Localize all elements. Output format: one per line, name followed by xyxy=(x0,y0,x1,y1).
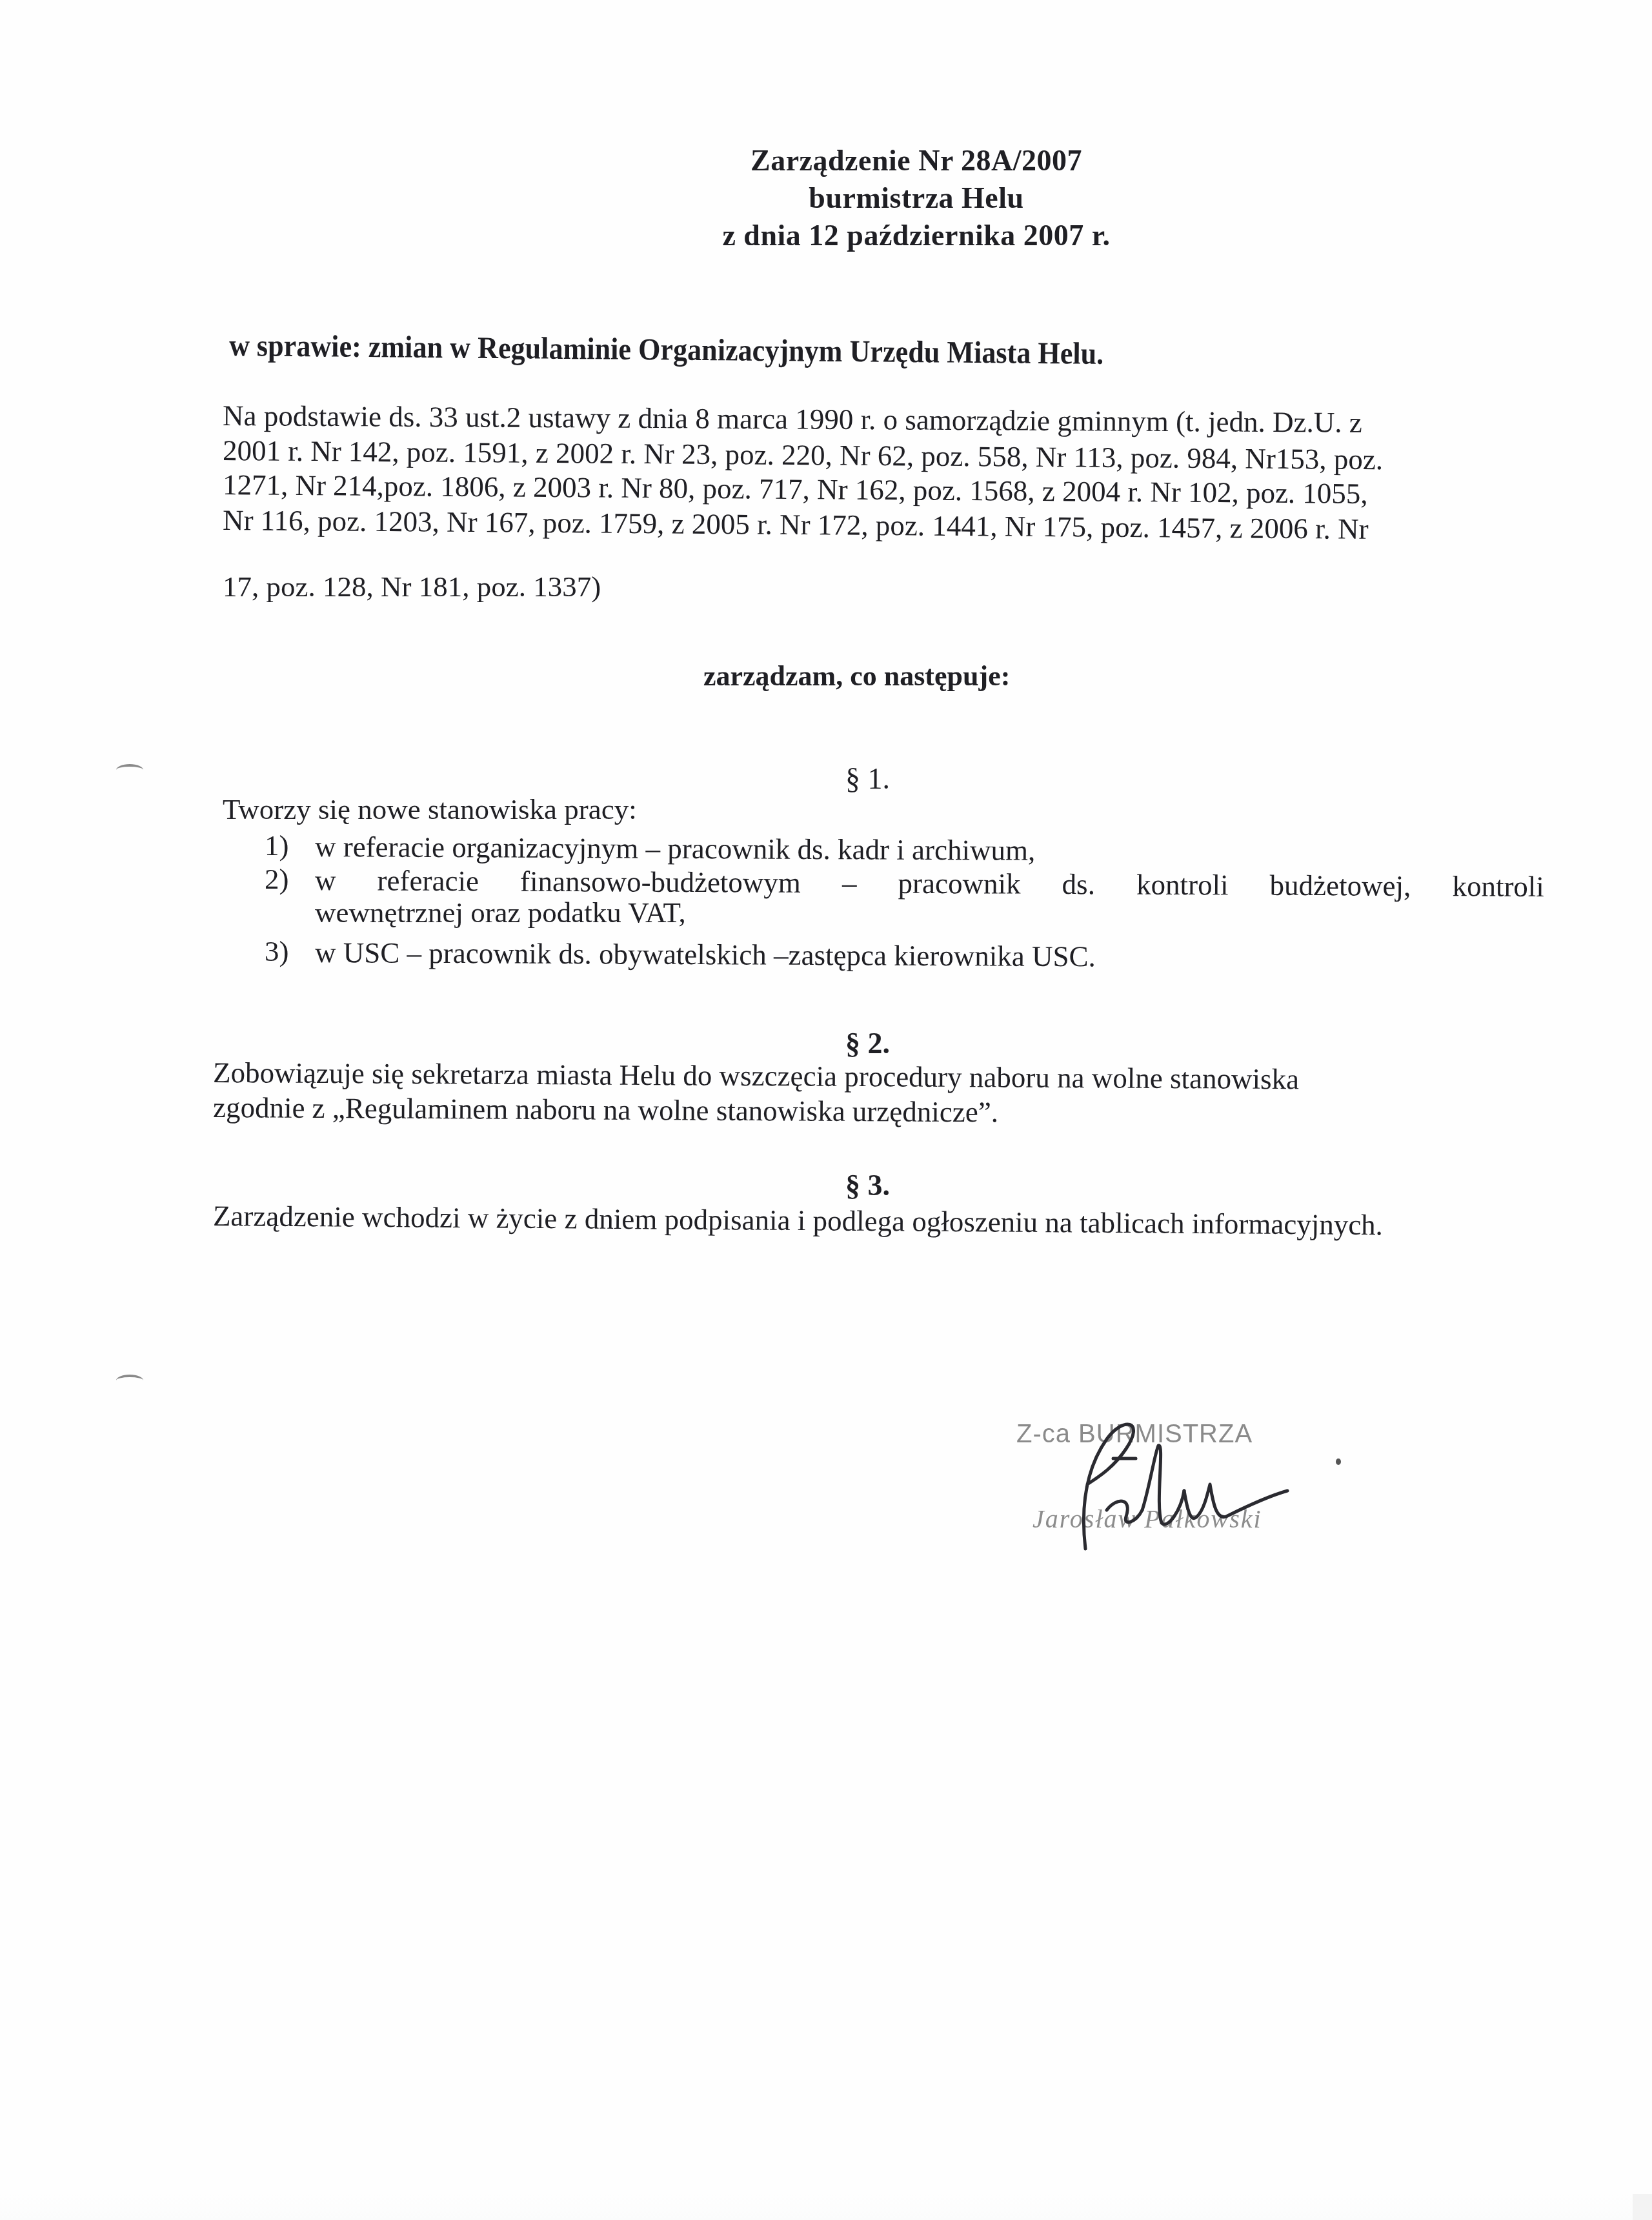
section-text: zgodnie z „Regulaminem naboru na wolne s… xyxy=(213,1091,998,1129)
document-date: z dnia 12 października 2007 r. xyxy=(0,218,1652,252)
section-text: Zarządzenie wchodzi w życie z dniem podp… xyxy=(213,1199,1383,1242)
word: kontroli xyxy=(1136,868,1229,902)
word: pracownik xyxy=(898,867,1021,901)
margin-mark xyxy=(116,764,143,776)
section-mark: § 2. xyxy=(845,1026,890,1060)
word: referacie xyxy=(377,864,479,898)
legal-basis-line: Nr 116, poz. 1203, Nr 167, poz. 1759, z … xyxy=(223,503,1369,546)
scan-edge-corner xyxy=(1633,2194,1652,2220)
decree-intro: zarządzam, co następuje: xyxy=(703,660,1010,692)
handwritten-signature-icon xyxy=(1071,1413,1316,1555)
document-subject: w sprawie: zmian w Regulaminie Organizac… xyxy=(229,328,1104,372)
list-item-number: 3) xyxy=(265,934,289,968)
document-page: Zarządzenie Nr 28A/2007 burmistrza Helu … xyxy=(0,0,1652,2220)
section-mark: § 1. xyxy=(845,762,890,796)
list-item-continuation: wewnętrznej oraz podatku VAT, xyxy=(315,896,686,929)
section-intro: Tworzy się nowe stanowiska pracy: xyxy=(223,792,637,826)
section-text: Zobowiązuje się sekretarza miasta Helu d… xyxy=(213,1056,1299,1096)
document-title: Zarządzenie Nr 28A/2007 xyxy=(0,143,1652,177)
legal-basis-line: Na podstawie ds. 33 ust.2 ustawy z dnia … xyxy=(223,399,1362,439)
word: ds. xyxy=(1062,867,1096,901)
word: – xyxy=(842,866,857,900)
list-item-number: 1) xyxy=(265,829,289,862)
legal-basis-line: 17, poz. 128, Nr 181, poz. 1337) xyxy=(223,570,601,603)
list-item-number: 2) xyxy=(265,862,289,896)
word: kontroli xyxy=(1452,869,1544,903)
margin-mark xyxy=(116,1375,143,1386)
section-mark: § 3. xyxy=(845,1168,890,1202)
word: finansowo-budżetowym xyxy=(520,865,801,900)
document-issuer: burmistrza Helu xyxy=(0,181,1652,215)
scan-edge-strip xyxy=(0,2194,1633,2220)
list-item-text: w USC – pracownik ds. obywatelskich –zas… xyxy=(315,936,1096,973)
list-item-text: w referacie organizacyjnym – pracownik d… xyxy=(315,830,1035,867)
word: budżetowej, xyxy=(1270,869,1411,903)
word: w xyxy=(315,863,336,897)
stamp-dot xyxy=(1336,1458,1341,1465)
